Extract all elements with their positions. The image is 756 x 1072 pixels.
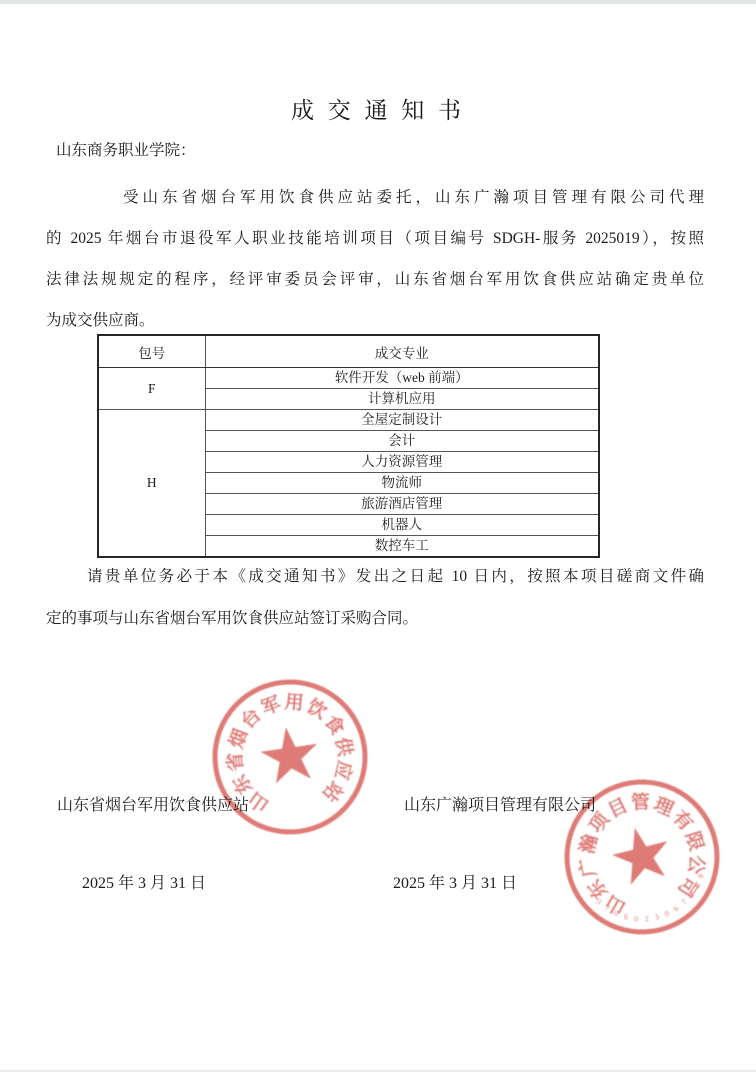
svg-text:有: 有: [668, 806, 698, 835]
award-table: 包号 成交专业 F 软件开发（web 前端） 计算机应用 H 全屋定制设计 会计…: [97, 334, 600, 558]
major-cell: 会计: [205, 431, 599, 452]
svg-text:司: 司: [673, 873, 702, 901]
svg-text:限: 限: [681, 829, 708, 854]
svg-text:食: 食: [320, 710, 350, 739]
svg-text:军: 军: [258, 692, 284, 719]
body-line: 请贵单位务必于本《成交通知书》发出之日起 10 日内，按照本项目磋商文件确: [46, 556, 704, 598]
left-signature-org: 山东省烟台军用饮食供应站: [57, 792, 249, 815]
svg-text:0: 0: [612, 908, 619, 918]
svg-text:0: 0: [663, 909, 670, 919]
major-cell: 计算机应用: [205, 389, 599, 410]
svg-text:山: 山: [602, 890, 629, 918]
package-h-cell: H: [98, 410, 205, 558]
svg-text:目: 目: [604, 794, 631, 822]
svg-text:东: 东: [583, 875, 613, 904]
major-cell: 机器人: [205, 515, 599, 536]
svg-text:省: 省: [223, 751, 248, 772]
scan-top-edge: [0, 0, 756, 4]
svg-text:7: 7: [603, 903, 611, 913]
major-cell: 人力资源管理: [205, 452, 599, 473]
table-row: F 软件开发（web 前端）: [98, 368, 599, 389]
body-line: 的 2025 年烟台市退役军人职业技能培训项目（项目编号 SDGH-服务 202…: [46, 218, 704, 259]
svg-text:广: 广: [575, 856, 601, 879]
svg-text:6: 6: [672, 904, 680, 914]
svg-text:8: 8: [692, 882, 702, 890]
svg-text:台: 台: [236, 704, 266, 734]
svg-text:公: 公: [684, 854, 709, 877]
svg-text:3: 3: [654, 912, 660, 922]
right-signature-org: 山东广瀚项目管理有限公司: [404, 792, 596, 815]
major-cell: 物流师: [205, 473, 599, 494]
svg-text:管: 管: [631, 790, 651, 813]
right-seal: 山东广瀚项目管理有限公司3706023067888: [512, 727, 756, 986]
svg-text:站: 站: [318, 777, 348, 806]
left-signature-date: 2025 年 3 月 31 日: [82, 870, 206, 893]
svg-text:瀚: 瀚: [575, 832, 602, 856]
recipient-line: 山东商务职业学院：: [56, 138, 196, 160]
body-paragraph-1: 受山东省烟台军用饮食供应站委托，山东广瀚项目管理有限公司代理 的 2025 年烟…: [46, 177, 704, 341]
package-f-cell: F: [98, 368, 205, 410]
notice-title: 成 交 通 知 书: [0, 92, 756, 125]
body-line: 受山东省烟台军用饮食供应站委托，山东广瀚项目管理有限公司代理: [46, 177, 704, 218]
svg-text:烟: 烟: [224, 726, 252, 753]
svg-text:7: 7: [680, 898, 689, 907]
body-paragraph-2: 请贵单位务必于本《成交通知书》发出之日起 10 日内，按照本项目磋商文件确 定的…: [46, 556, 704, 640]
right-signature-date: 2025 年 3 月 31 日: [393, 870, 517, 893]
svg-text:8: 8: [696, 873, 706, 880]
svg-text:应: 应: [330, 758, 357, 782]
col-header-major: 成交专业: [205, 335, 599, 368]
svg-text:供: 供: [331, 735, 357, 759]
svg-text:8: 8: [686, 890, 696, 899]
body-line: 法律法规规定的程序，经评审委员会评审，山东省烟台军用饮食供应站确定贵单位: [46, 259, 704, 300]
svg-text:6: 6: [623, 912, 629, 922]
major-cell: 软件开发（web 前端）: [205, 368, 599, 389]
major-cell: 旅游酒店管理: [205, 494, 599, 515]
svg-text:理: 理: [651, 793, 678, 821]
major-cell: 全屋定制设计: [205, 410, 599, 431]
table-row: H 全屋定制设计: [98, 410, 599, 431]
body-line: 定的事项与山东省烟台军用饮食供应站签订采购合同。: [46, 598, 704, 640]
col-header-package: 包号: [98, 335, 205, 368]
svg-text:用: 用: [284, 691, 305, 714]
major-cell: 数控车工: [205, 536, 599, 558]
svg-text:3: 3: [594, 897, 603, 906]
svg-text:0: 0: [634, 914, 639, 923]
svg-text:2: 2: [644, 914, 649, 923]
svg-text:饮: 饮: [303, 694, 331, 723]
table-header-row: 包号 成交专业: [98, 335, 599, 368]
left-seal: 山东省烟台军用饮食供应站: [169, 636, 411, 878]
